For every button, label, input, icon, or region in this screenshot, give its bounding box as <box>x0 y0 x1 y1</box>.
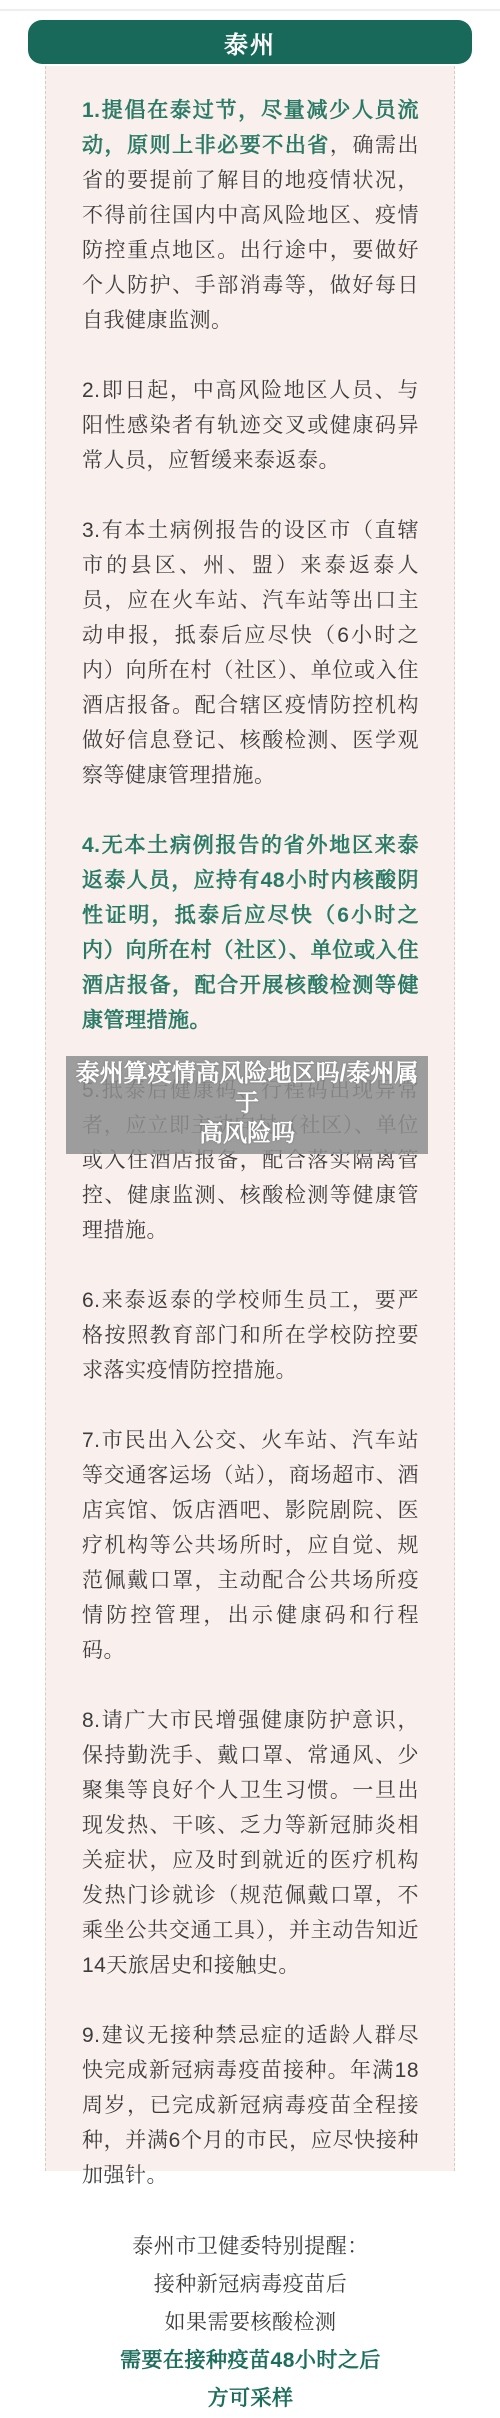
paragraph-2-text: 2.即日起，中高风险地区人员、与阳性感染者有轨迹交叉或健康码异常人员，应暂缓来泰… <box>82 379 419 472</box>
notice-paragraph-4: 4.无本土病例报告的省外地区来泰返泰人员，应持有48小时内核酸阴性证明，抵泰后应… <box>82 828 419 1038</box>
notice-paragraph-3: 3.有本土病例报告的设区市（直辖市的县区、州、盟）来泰返泰人员，应在火车站、汽车… <box>82 513 419 793</box>
notice-paragraph-6: 6.来泰返泰的学校师生员工，要严格按照教育部门和所在学校防控要求落实疫情防控措施… <box>82 1283 419 1388</box>
notice-paragraph-9: 9.建议无接种禁忌症的适龄人群尽快完成新冠病毒疫苗接种。年满18周岁，已完成新冠… <box>82 2018 419 2171</box>
paragraph-8-text: 8.请广大市民增强健康防护意识，保持勤洗手、戴口罩、常通风、少聚集等良好个人卫生… <box>82 1709 419 1977</box>
paragraph-3-text: 3.有本土病例报告的设区市（直辖市的县区、州、盟）来泰返泰人员，应在火车站、汽车… <box>82 519 419 787</box>
watermark-title-overlay: 泰州算疫情高风险地区吗/泰州属于 高风险吗 <box>66 1056 428 1154</box>
paragraph-1-text: ，确需出省的要提前了解目的地疫情状况，不得前往国内中高风险地区、疫情防控重点地区… <box>82 134 419 332</box>
watermark-line-1: 泰州算疫情高风险地区吗/泰州属于 <box>66 1059 428 1119</box>
notice-paragraph-8: 8.请广大市民增强健康防护意识，保持勤洗手、戴口罩、常通风、少聚集等良好个人卫生… <box>82 1703 419 1983</box>
paragraph-4-highlight: 4.无本土病例报告的省外地区来泰返泰人员，应持有48小时内核酸阴性证明，抵泰后应… <box>82 834 419 1032</box>
notice-paragraph-1: 1.提倡在泰过节，尽量减少人员流动，原则上非必要不出省，确需出省的要提前了解目的… <box>82 93 419 338</box>
watermark-line-2: 高风险吗 <box>66 1119 428 1149</box>
city-header-banner: 泰州 <box>28 20 472 64</box>
notice-paragraph-2: 2.即日起，中高风险地区人员、与阳性感染者有轨迹交叉或健康码异常人员，应暂缓来泰… <box>82 373 419 478</box>
paragraph-7-text: 7.市民出入公交、火车站、汽车站等交通客运场（站），商场超市、酒店宾馆、饭店酒吧… <box>82 1429 419 1662</box>
page-top-divider <box>0 9 500 11</box>
notice-paragraph-7: 7.市民出入公交、火车站、汽车站等交通客运场（站），商场超市、酒店宾馆、饭店酒吧… <box>82 1423 419 1668</box>
paragraph-9-text: 9.建议无接种禁忌症的适龄人群尽快完成新冠病毒疫苗接种。年满18周岁，已完成新冠… <box>82 2024 419 2171</box>
paragraph-6-text: 6.来泰返泰的学校师生员工，要严格按照教育部门和所在学校防控要求落实疫情防控措施… <box>82 1289 419 1382</box>
city-title: 泰州 <box>224 25 276 60</box>
